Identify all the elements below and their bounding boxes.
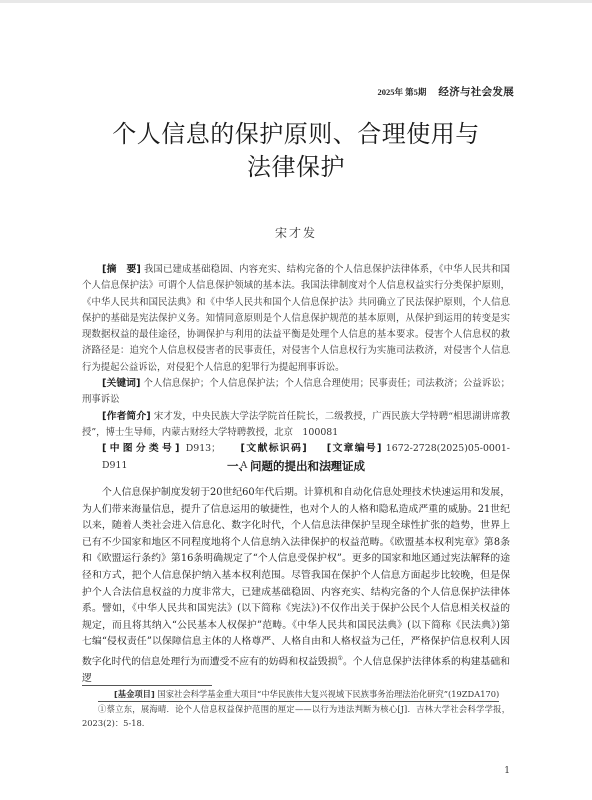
- body-paragraph: 个人信息保护制度发轫于20世纪60年代后期。计算机和自动化信息处理技术快速运用和…: [82, 485, 510, 687]
- author-bio: [作者简介] 宋才发，中央民族大学法学院首任院长，二级教授，广西民族大学特聘“相…: [82, 409, 510, 442]
- fund-label: [基金项目]: [114, 689, 155, 699]
- footnote-divider: [82, 685, 212, 686]
- footnote-1: ①蔡立东，展海晴．论个人信息权益保护范围的厘定——以行为违法判断为核心[J]．吉…: [82, 702, 510, 730]
- fund-line: [基金项目] 国家社会科学基金重大项目“中华民族伟大复兴视域下民族事务治理法治化…: [98, 687, 499, 702]
- footnotes: [基金项目] 国家社会科学基金重大项目“中华民族伟大复兴视域下民族事务治理法治化…: [82, 687, 510, 730]
- page-number: 1: [504, 766, 510, 776]
- abstract-block: [摘 要] 我国已建成基础稳固、内容充实、结构完备的个人信息保护法律体系，《中华…: [82, 262, 510, 474]
- author-name: 宋才发: [0, 224, 592, 241]
- title-line-2: 法律保护: [0, 151, 592, 184]
- abstract-label: [摘 要]: [102, 264, 141, 275]
- issue-label: 2025年 第5期: [378, 86, 427, 98]
- abstract: [摘 要] 我国已建成基础稳固、内容充实、结构完备的个人信息保护法律体系，《中华…: [82, 262, 510, 376]
- fund-text: 国家社会科学基金重大项目“中华民族伟大复兴视域下民族事务治理法治化研究”(19Z…: [157, 689, 499, 699]
- keywords-text: 个人信息保护；个人信息保护法；个人信息合理使用；民事责任；司法救济；公益诉讼；刑…: [82, 378, 510, 405]
- title-line-1: 个人信息的保护原则、合理使用与: [0, 118, 592, 151]
- abstract-text: 我国已建成基础稳固、内容充实、结构完备的个人信息保护法律体系，《中华人民共和国个…: [82, 264, 510, 373]
- paragraph-text: 个人信息保护制度发轫于20世纪60年代后期。计算机和自动化信息处理技术快速运用和…: [82, 487, 510, 667]
- article-no-label: [文章编号]: [327, 443, 382, 454]
- running-header: 2025年 第5期 经济与社会发展: [378, 84, 515, 99]
- body-text: 个人信息保护制度发轫于20世纪60年代后期。计算机和自动化信息处理技术快速运用和…: [82, 485, 510, 687]
- viewer-top-strip: [0, 0, 592, 3]
- keywords-label: [关键词]: [102, 378, 140, 389]
- clc-label: [中图分类号]: [102, 443, 179, 454]
- author-bio-label: [作者简介]: [102, 411, 151, 422]
- fund-note: [基金项目] 国家社会科学基金重大项目“中华民族伟大复兴视域下民族事务治理法治化…: [82, 687, 510, 702]
- journal-name: 经济与社会发展: [438, 84, 514, 99]
- doc-code-label: [文献标识码]: [241, 443, 307, 454]
- keywords: [关键词] 个人信息保护；个人信息保护法；个人信息合理使用；民事责任；司法救济；…: [82, 376, 510, 409]
- article-title: 个人信息的保护原则、合理使用与 法律保护: [0, 118, 592, 184]
- section-heading: 一、问题的提出和法理证成: [0, 458, 592, 474]
